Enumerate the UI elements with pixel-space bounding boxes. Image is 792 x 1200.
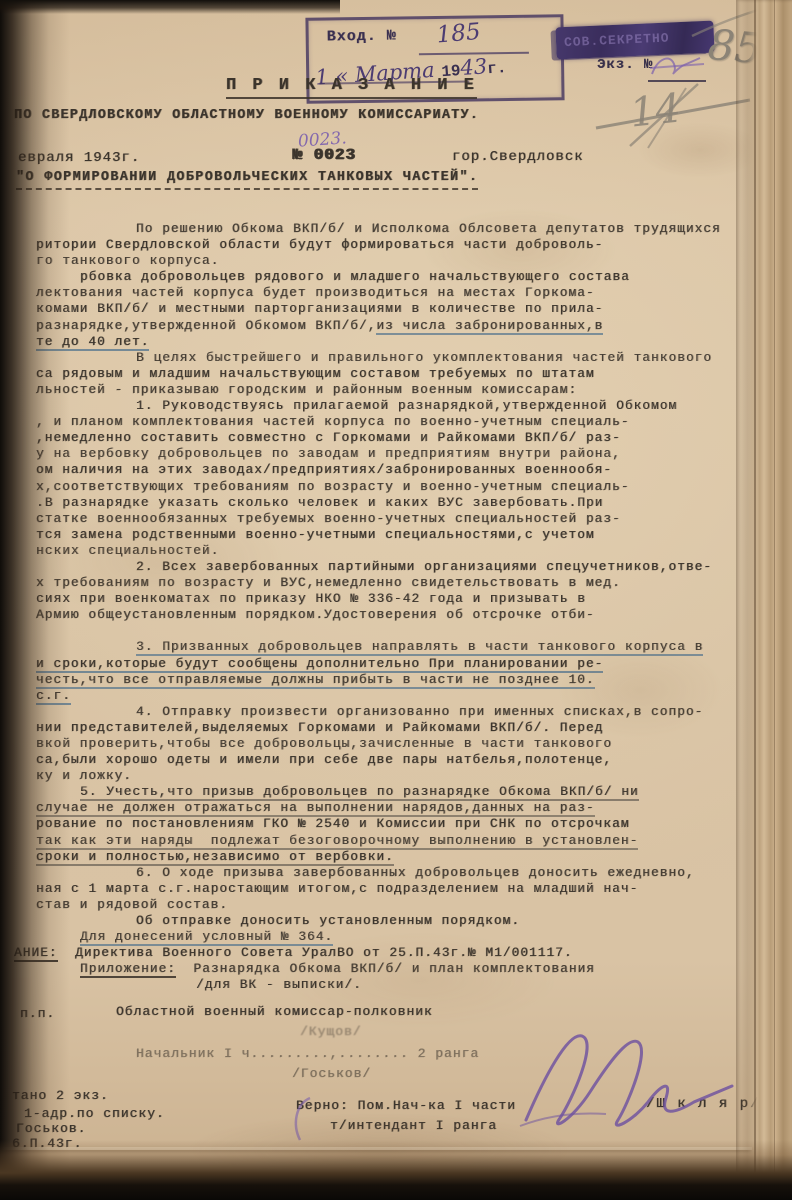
copy-number-rule [648,80,706,82]
document-line: .В разнарядке указать сколько человек и … [36,495,760,511]
document-line: нских специальностей. [36,543,760,559]
pencil-crossed-number: 14 [628,85,683,136]
document-line: 5. Учесть,что призыв добровольцев по раз… [36,784,760,800]
executor-name: Госьков. [16,1121,86,1136]
copy-number-scribble [648,52,708,82]
ink-signature [516,1008,756,1148]
document-line: ритории Свердловской области будут форми… [36,237,760,253]
document-line: лектования частей корпуса будет производ… [36,285,760,301]
document-line: статке военнообязанных требуемых военно-… [36,511,760,527]
scan-edge-top [0,0,340,14]
document-line: х требованиям по возрасту и ВУС,немедлен… [36,575,760,591]
document-line: /для ВК - выписки/. [36,977,760,993]
document-line: х,соответствующих требованиям по возраст… [36,479,760,495]
document-type-heading: П Р И К А З А Н И Е [226,76,477,99]
document-line: По решению Обкома ВКП/б/ и Исполкома Обл… [36,221,760,237]
document-line: сиях при военкоматах по приказу НКО № 33… [36,591,760,607]
document-line: став и рядовой состав. [36,897,760,913]
subject-title: "О ФОРМИРОВАНИИ ДОБРОВОЛЬЧЕСКИХ ТАНКОВЫХ… [16,170,478,190]
document-line: 6. О ходе призыва завербованных добровол… [36,865,760,881]
document-line: с.г. [36,688,760,704]
document-line: рование по постановлениям ГКО № 2540 и К… [36,816,760,832]
body-line-gap [36,623,760,639]
document-line: у на вербовку добровольцев по заводам и … [36,446,760,462]
document-line: 2. Всех завербованных партийными организ… [36,559,760,575]
chief-title-line: Начальник I ч.........,........ 2 ранга [136,1046,479,1061]
incoming-stamp-label: Вход. № [327,28,397,46]
document-line: 4. Отправку произвести организованно при… [36,704,760,720]
document-line: АНИЕ: Директива Военного Совета УралВО о… [14,945,760,961]
pencil-page-number: 85 [706,20,764,73]
document-body: По решению Обкома ВКП/б/ и Исполкома Обл… [36,221,760,994]
certified-line: Верно: Пом.Нач-ка I части [296,1098,516,1113]
document-line: , и планом комплектования частей корпуса… [36,414,760,430]
document-line: Для донесений условный № 364. [36,929,760,945]
document-line: са,были хорошо одеты и имели при себе дв… [36,752,760,768]
scan-edge-bottom [0,1140,792,1200]
document-line: случае не должен отражаться на выполнени… [36,800,760,816]
document-line: Приложение: Разнарядка Обкома ВКП/б/ и п… [36,961,760,977]
document-line: ная с 1 марта с.г.наростающим итогом,с п… [36,881,760,897]
document-line: честь,что все отправляемые должны прибыт… [36,672,760,688]
document-line: тся замена родственными военно-учетными … [36,527,760,543]
document-line: разнарядке,утвержденной Обкомом ВКП/б/,и… [36,318,760,334]
execution-date: 6.П.43г. [12,1136,82,1151]
organization-line: ПО СВЕРДЛОВСКОМУ ОБЛАСТНОМУ ВОЕННОМУ КОМ… [14,108,479,123]
incoming-number-handwritten: 185 [436,19,482,49]
date-line: евраля 1943г. [18,150,140,166]
document-line: льностей - приказываю городским и районн… [36,382,760,398]
chief-name: /Госьков/ [292,1066,371,1081]
document-line: сроки и полностью,независимо от вербовки… [36,849,760,865]
document-line: ом наличия на этих заводах/предприятиях/… [36,462,760,478]
certifier-name: /Ш к л я р/. [646,1096,771,1112]
scanned-page: Вход. № 185 1 « Марта 1943г. СОВ.СЕКРЕТН… [0,0,792,1200]
commissar-name: /Кущов/ [300,1024,362,1039]
document-line: В целях быстрейшего и правильного укомпл… [36,350,760,366]
certifier-rank-line: т/интендант I ранга [330,1118,497,1133]
copies-address-line: 1-адр.по списку. [24,1106,165,1121]
document-line: нии представителей,выделяемых Горкомами … [36,720,760,736]
document-line: комами ВКП/б/ и местными парторганизация… [36,301,760,317]
redacted-secrecy-stamp: СОВ.СЕКРЕТНО [555,21,714,60]
document-line: ку и ложку. [36,768,760,784]
copy-number-label: Экз. № [597,57,653,73]
document-line: Об отправке доносить установленным поряд… [36,913,760,929]
document-line: те до 40 лет. [36,334,760,350]
document-line: так как эти наряды подлежат безоговорочн… [36,833,760,849]
city-line: гор.Свердловск [452,149,584,165]
commissar-title-line: Областной военный комиссар-полковник [116,1004,433,1019]
document-line: рбовка добровольцев рядового и младшего … [36,269,760,285]
document-line: Армию общеустановленным порядком.Удостов… [36,607,760,623]
document-line: и сроки,которые будут сообщены дополните… [36,656,760,672]
document-line: го танкового корпуса. [36,253,760,269]
pp-mark: п.п. [20,1006,55,1021]
copies-count-line: тано 2 экз. [12,1088,109,1103]
document-line: ,немедленно составить совместно с Горком… [36,430,760,446]
document-line: 1. Руководствуясь прилагаемой разнарядко… [36,398,760,414]
document-line: 3. Призванных добровольцев направлять в … [36,639,760,655]
paper-fold-crease [0,1147,752,1150]
secrecy-stamp-text: СОВ.СЕКРЕТНО [564,30,670,50]
document-line: са рядовым и младшим начальствующим сост… [36,366,760,382]
typed-doc-number: № 0023 [292,146,356,164]
document-line: вкой проверить,чтобы все добровольцы,зач… [36,736,760,752]
